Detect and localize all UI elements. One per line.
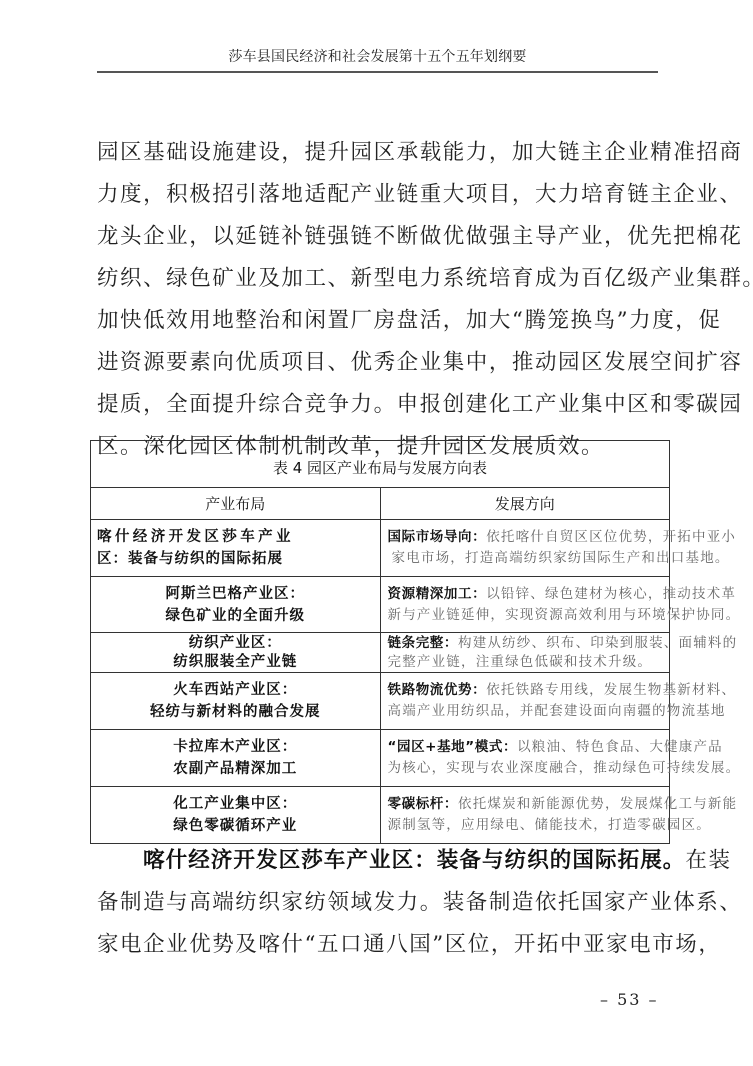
direction-cell: 资源精深加工：以铅锌、绿色建材为核心，推动技术革 新与产业链延伸，实现资源高效利… xyxy=(380,577,670,633)
layout-cell: 喀什经济开发区莎车产业 区：装备与纺织的国际拓展 xyxy=(91,520,381,577)
direction-lead: 铁路物流优势： xyxy=(388,682,487,698)
closing-paragraph: 喀什经济开发区莎车产业区：装备与纺织的国际拓展。在装 备制造与高端纺织家纺领域发… xyxy=(97,840,663,966)
table-row: 卡拉库木产业区： 农副产品精深加工 “园区+基地”模式：以粮油、特色食品、大健康… xyxy=(91,730,670,787)
intro-paragraph: 园区基础设施建设，提升园区承载能力，加大链主企业精准招商 力度，积极招引落地适配… xyxy=(97,132,663,468)
direction-lead: “园区+基地”模式： xyxy=(388,739,518,755)
table-title: 表 4 园区产业布局与发展方向表 xyxy=(91,441,670,488)
table-row: 纺织产业区： 纺织服装全产业链 链条完整：构建从纺纱、织布、印染到服装、面辅料的… xyxy=(91,633,670,673)
column-header-layout: 产业布局 xyxy=(91,488,381,520)
paragraph-line: 加快低效用地整治和闲置厂房盘活，加大“腾笼换鸟”力度，促 xyxy=(97,300,663,342)
paragraph-line: 龙头企业，以延链补链强链不断做优做强主导产业，优先把棉花 xyxy=(97,216,663,258)
paragraph-line: 备制造与高端纺织家纺领域发力。装备制造依托国家产业体系、 xyxy=(97,882,663,924)
table-row: 化工产业集中区： 绿色零碳循环产业 零碳标杆：依托煤炭和新能源优势，发展煤化工与… xyxy=(91,787,670,844)
column-header-direction: 发展方向 xyxy=(380,488,670,520)
direction-lead: 链条完整： xyxy=(388,635,459,651)
paragraph-line: 力度，积极招引落地适配产业链重大项目，大力培育链主企业、 xyxy=(97,174,663,216)
paragraph-line: 进资源要素向优质项目、优秀企业集中，推动园区发展空间扩容 xyxy=(97,342,663,384)
direction-lead: 国际市场导向： xyxy=(388,529,487,545)
layout-cell: 纺织产业区： 纺织服装全产业链 xyxy=(91,633,381,673)
paragraph-line: 纺织、绿色矿业及加工、新型电力系统培育成为百亿级产业集群。 xyxy=(97,258,663,300)
section-heading: 喀什经济开发区莎车产业区：装备与纺织的国际拓展。 xyxy=(143,848,685,873)
direction-cell: 铁路物流优势：依托铁路专用线，发展生物基新材料、 高端产业用纺织品，并配套建设面… xyxy=(380,673,670,730)
table-row: 火车西站产业区： 轻纺与新材料的融合发展 铁路物流优势：依托铁路专用线，发展生物… xyxy=(91,673,670,730)
paragraph-line: 提质，全面提升综合竞争力。申报创建化工产业集中区和零碳园 xyxy=(97,384,663,426)
layout-cell: 阿斯兰巴格产业区： 绿色矿业的全面升级 xyxy=(91,577,381,633)
direction-lead: 资源精深加工： xyxy=(388,586,487,602)
direction-cell: 零碳标杆：依托煤炭和新能源优势，发展煤化工与新能 源制氢等，应用绿电、储能技术，… xyxy=(380,787,670,844)
industry-layout-table: 表 4 园区产业布局与发展方向表 产业布局 发展方向 喀什经济开发区莎车产业 区… xyxy=(90,440,670,844)
header-rule xyxy=(97,71,658,73)
paragraph-line: 园区基础设施建设，提升园区承载能力，加大链主企业精准招商 xyxy=(97,132,663,174)
layout-cell: 化工产业集中区： 绿色零碳循环产业 xyxy=(91,787,381,844)
page-number: – 53 – xyxy=(600,990,659,1009)
direction-lead: 零碳标杆： xyxy=(388,796,459,812)
direction-cell: 国际市场导向：依托喀什自贸区区位优势，开拓中亚小 家电市场，打造高端纺织家纺国际… xyxy=(380,520,670,577)
paragraph-line: 家电企业优势及喀什“五口通八国”区位，开拓中亚家电市场， xyxy=(97,924,663,966)
running-header: 莎车县国民经济和社会发展第十五个五年划纲要 xyxy=(97,46,658,66)
table-row: 喀什经济开发区莎车产业 区：装备与纺织的国际拓展 国际市场导向：依托喀什自贸区区… xyxy=(91,520,670,577)
direction-cell: “园区+基地”模式：以粮油、特色食品、大健康产品 为核心，实现与农业深度融合，推… xyxy=(380,730,670,787)
layout-cell: 火车西站产业区： 轻纺与新材料的融合发展 xyxy=(91,673,381,730)
layout-cell: 卡拉库木产业区： 农副产品精深加工 xyxy=(91,730,381,787)
direction-cell: 链条完整：构建从纺纱、织布、印染到服装、面辅料的 完整产业链，注重绿色低碳和技术… xyxy=(380,633,670,673)
table-row: 阿斯兰巴格产业区： 绿色矿业的全面升级 资源精深加工：以铅锌、绿色建材为核心，推… xyxy=(91,577,670,633)
